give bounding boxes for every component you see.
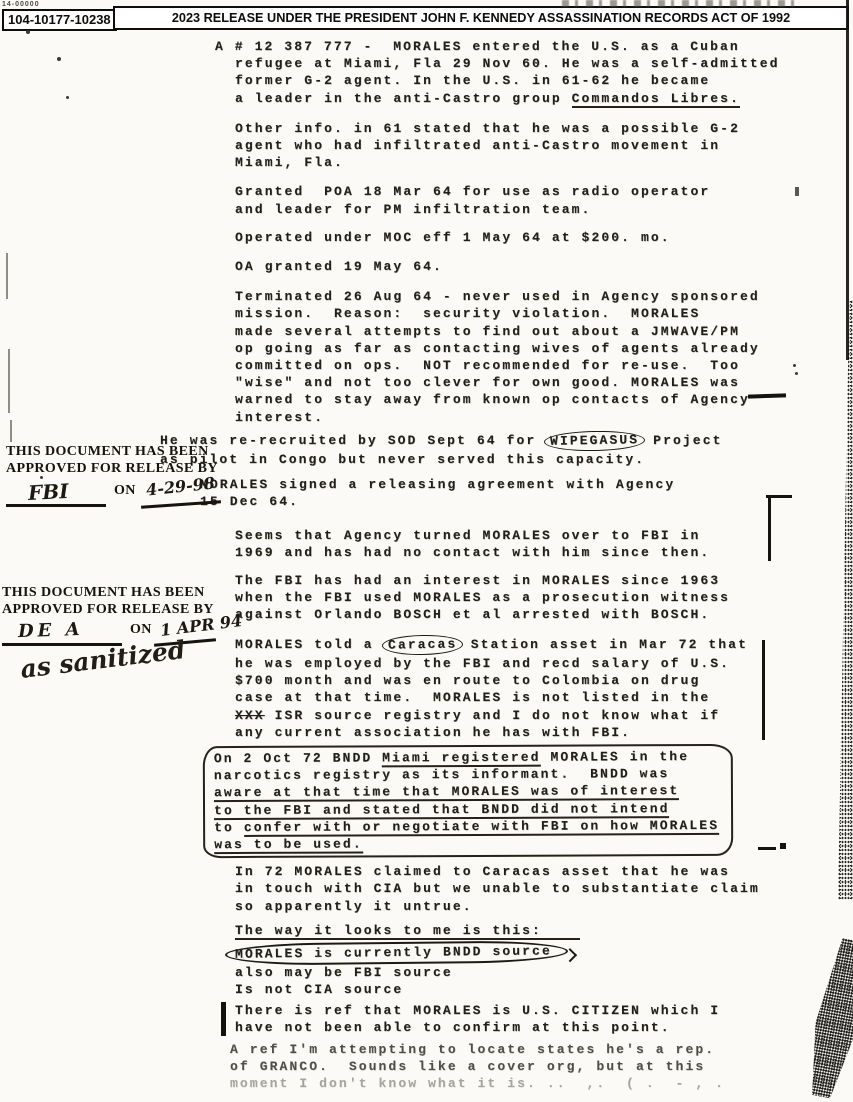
release-banner: 2023 RELEASE UNDER THE PRESIDENT JOHN F.…: [113, 6, 849, 30]
para-cia-claim: In 72 MORALES claimed to Caracas asset t…: [235, 863, 853, 915]
scan-edge-line: [846, 0, 849, 360]
scanned-document-page: 14-00000 104-10177-10238 2023 RELEASE UN…: [0, 0, 853, 1102]
para-release-agreement: MORALES signed a releasing agreement wit…: [200, 476, 853, 510]
faded-illegible-line: moment I don't know what it is. .. ,. ( …: [230, 1076, 725, 1091]
struck-text: XXX: [235, 708, 265, 723]
para-fbi-interest: The FBI has had an interest in MORALES s…: [235, 572, 853, 624]
para-alien-registration: A # 12 387 777 - MORALES entered the U.S…: [235, 38, 853, 107]
scan-speck: [26, 30, 30, 34]
para-oa-granted: OA granted 19 May 64.: [235, 258, 853, 275]
scan-speck: [793, 364, 796, 367]
document-body: A # 12 387 777 - MORALES entered the U.S…: [0, 38, 853, 1102]
underlined-group-name: Commandos Libres.: [572, 91, 740, 108]
corner-file-mark: 14-00000: [2, 1, 40, 8]
scan-tick-mark: [758, 847, 776, 850]
para-caracas-asset: MORALES told a Caracas Station asset in …: [235, 635, 853, 741]
record-number-box: 104-10177-10238: [2, 9, 117, 31]
handwritten-agency: FBI: [27, 479, 69, 505]
handwritten-agency: DE A: [18, 619, 84, 642]
scan-smudge: [562, 0, 797, 7]
para-other-info: Other info. in 61 stated that he was a p…: [235, 120, 853, 172]
circled-project-cryptonym: WIPEGASUS: [544, 430, 645, 452]
para-source-status: MORALES is currently BNDD sourcealso may…: [235, 942, 853, 999]
dea-release-stamp: THIS DOCUMENT HAS BEEN APPROVED FOR RELE…: [2, 585, 212, 652]
scan-speck: [66, 96, 69, 99]
para-assessment-heading: The way it looks to me is this:: [235, 922, 853, 939]
pencil-stroke: [8, 349, 10, 413]
pencil-stroke: [10, 420, 12, 442]
scan-line-artifact: [762, 640, 765, 740]
fbi-release-stamp: THIS DOCUMENT HAS BEEN APPROVED FOR RELE…: [6, 444, 206, 511]
circled-source-conclusion: MORALES is currently BNDD source: [225, 940, 568, 966]
para-poa-granted: Granted POA 18 Mar 64 for use as radio o…: [235, 183, 853, 217]
arrowhead-mark: [563, 948, 577, 962]
para-bndd-registration: On 2 Oct 72 BNDD Miami registered MORALE…: [203, 744, 733, 859]
para-citizenship: There is ref that MORALES is U.S. CITIZE…: [221, 1002, 853, 1036]
scan-speck: [795, 187, 799, 196]
scan-line-artifact: [768, 497, 771, 561]
handwritten-date: 4-29-98: [145, 473, 216, 499]
para-rerecruited: He was re-recruited by SOD Sept 64 for W…: [160, 431, 853, 468]
scan-speck: [57, 57, 61, 61]
para-fbi-turnover: Seems that Agency turned MORALES over to…: [235, 527, 853, 561]
para-granco-ref: A ref I'm attempting to locate states he…: [230, 1041, 853, 1093]
para-moc-operated: Operated under MOC eff 1 May 64 at $200.…: [235, 229, 853, 246]
circled-station-name: Caracas: [381, 634, 463, 656]
pencil-stroke: [6, 253, 8, 299]
para-termination: Terminated 26 Aug 64 - never used in Age…: [235, 288, 853, 426]
scan-speck: [795, 372, 798, 375]
scan-speck: [780, 843, 786, 849]
scan-speck: [40, 476, 43, 479]
